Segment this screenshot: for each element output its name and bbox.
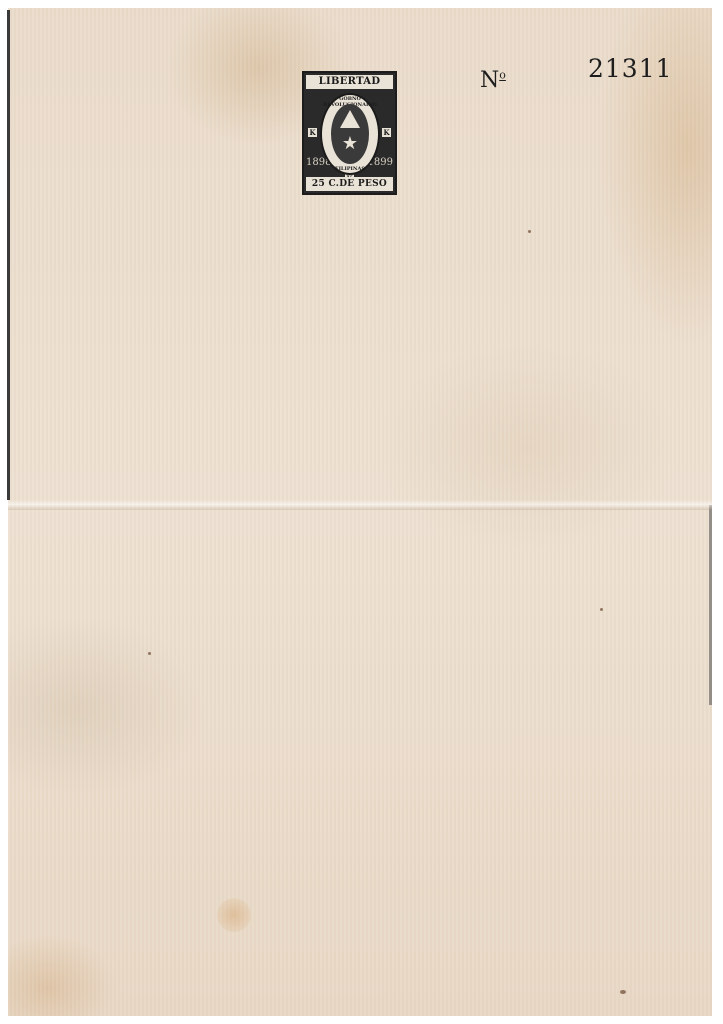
ink-spot	[148, 652, 151, 655]
number-label-suffix: o	[499, 69, 506, 82]
star-icon: ★	[340, 134, 360, 154]
paper-fold-line	[8, 500, 712, 510]
stamp-oval: GOBNO REVOLUCIONARIO ★ FILIPINAS	[320, 93, 380, 175]
stamp-emblem: ★	[331, 104, 369, 164]
stamp-corner-letter: K	[382, 128, 391, 137]
number-label-text: N	[480, 68, 499, 93]
serial-number: 21311	[588, 54, 673, 83]
revenue-stamp: LIBERTAD K K K 1898 1899 GOBNO REVOLUCIO…	[302, 71, 397, 195]
paper-left-edge	[7, 10, 10, 500]
stamp-value-label: 25 C.DE PESO	[306, 177, 393, 191]
paper-right-edge	[709, 505, 712, 705]
ink-spot	[528, 230, 531, 233]
stamp-oval-bottom-text: FILIPINAS	[322, 166, 378, 172]
ink-spot	[620, 990, 626, 994]
ink-spot	[600, 608, 603, 611]
stamp-corner-letter: K	[308, 128, 317, 137]
triangle-emblem-icon	[340, 110, 360, 128]
stamp-top-label: LIBERTAD	[306, 75, 393, 89]
foxing-stain	[217, 898, 251, 932]
number-label: No	[480, 68, 506, 93]
